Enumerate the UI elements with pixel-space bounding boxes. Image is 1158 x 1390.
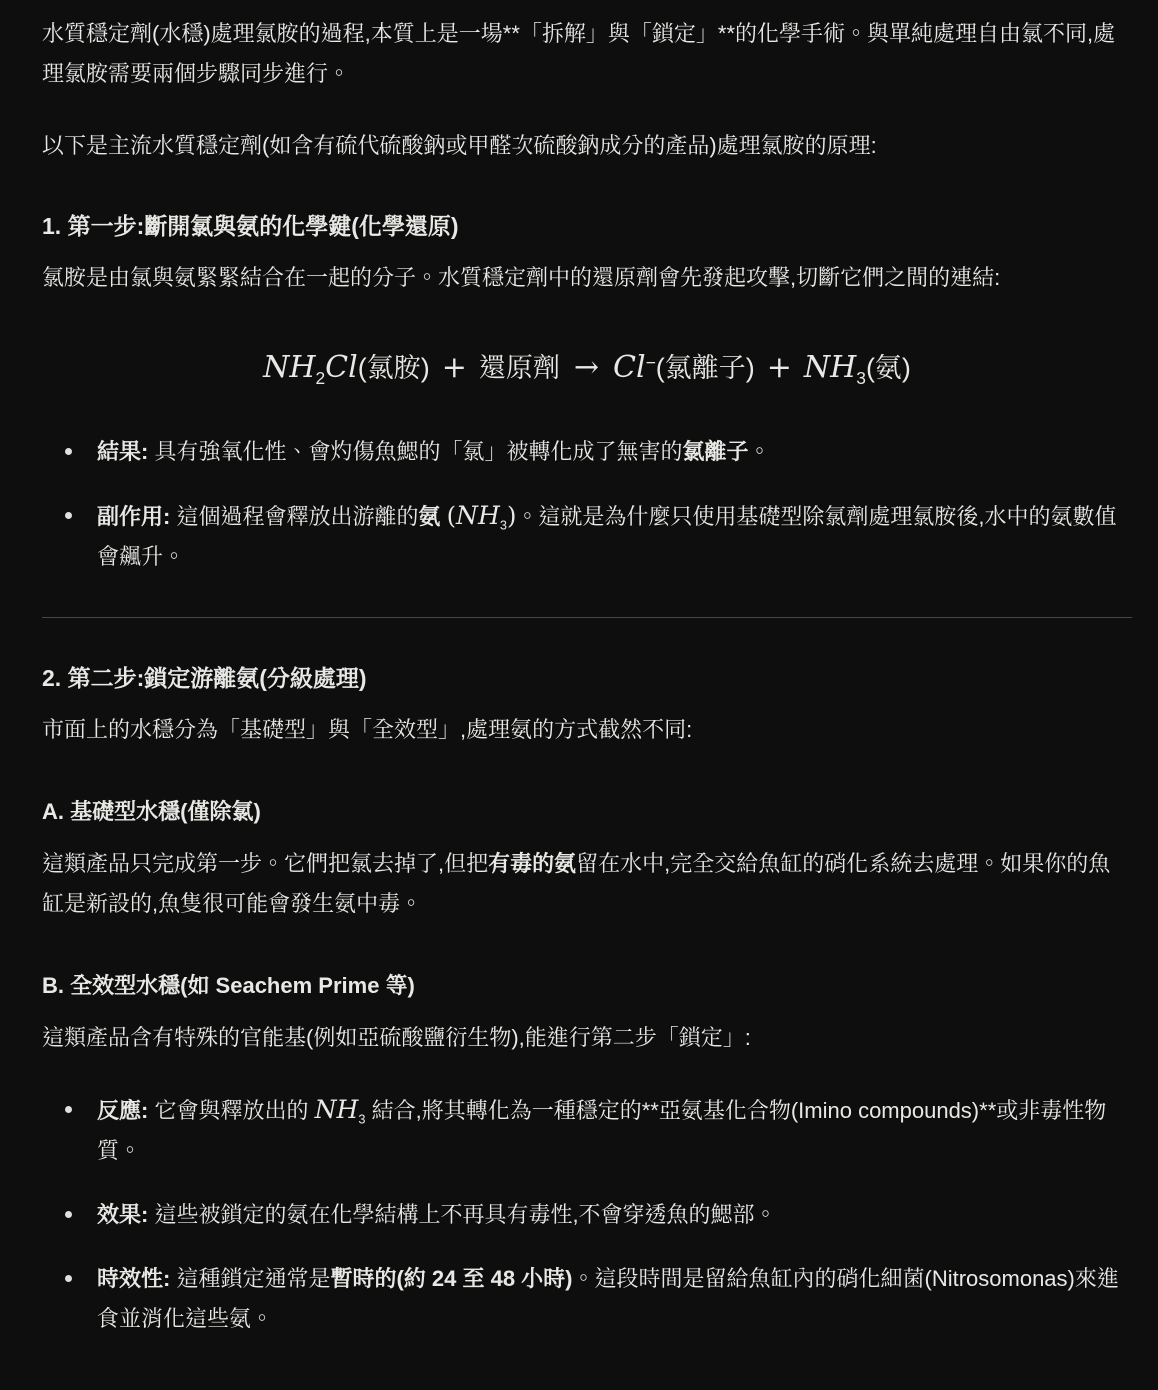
paragraph-intro: 以下是主流水質穩定劑(如含有硫代硫酸鈉或甲醛次硫酸鈉成分的產品)處理氯胺的原理: — [42, 126, 1132, 166]
list-item-reaction: 反應: 它會與釋放出的 NH3 結合,將其轉化為一種穩定的**亞氨基化合物(Im… — [42, 1090, 1132, 1171]
heading-step-2: 2. 第二步:鎖定游離氨(分級處理) — [42, 662, 1132, 694]
chemical-equation: NH2Cl(氯胺)+還原劑→Cl−(氯離子)+NH3(氨) — [42, 344, 1132, 392]
list-item-side-effect: 副作用: 這個過程會釋放出游離的氨 (NH3)。這就是為什麼只使用基礎型除氯劑處… — [42, 496, 1132, 577]
paragraph-overview: 水質穩定劑(水穩)處理氯胺的過程,本質上是一場**「拆解」與「鎖定」**的化學手… — [42, 14, 1132, 94]
bold-label: 結果: — [97, 439, 148, 464]
bold-text: 暫時的(約 24 至 48 小時) — [330, 1266, 572, 1291]
heading-type-a: A. 基礎型水穩(僅除氯) — [42, 796, 1132, 828]
math-cl-ion: Cl — [613, 350, 646, 385]
math-label-ammonia: (氨) — [866, 353, 911, 383]
paragraph-type-a-desc: 這類產品只完成第一步。它們把氯去掉了,但把有毒的氨留在水中,完全交給魚缸的硝化系… — [42, 844, 1132, 924]
bold-text: 有毒的氨 — [488, 851, 576, 876]
paragraph-step1-desc: 氯胺是由氯與氨緊緊結合在一起的分子。水質穩定劑中的還原劑會先發起攻擊,切斷它們之… — [42, 258, 1132, 298]
heading-type-b: B. 全效型水穩(如 Seachem Prime 等) — [42, 970, 1132, 1002]
math-subscript-3: 3 — [856, 368, 866, 388]
list-item-effect: 效果: 這些被鎖定的氨在化學結構上不再具有毒性,不會穿透魚的鰓部。 — [42, 1195, 1132, 1235]
heading-step-1: 1. 第一步:斷開氯與氨的化學鍵(化學還原) — [42, 210, 1132, 242]
text-run: 這個過程會釋放出游離的 — [170, 504, 418, 529]
step1-result-list: 結果: 具有強氧化性、會灼傷魚鰓的「氯」被轉化成了無害的氯離子。 副作用: 這個… — [42, 432, 1132, 577]
inline-math-nh: NH — [315, 1095, 359, 1124]
paragraph-step2-desc: 市面上的水穩分為「基礎型」與「全效型」,處理氨的方式截然不同: — [42, 710, 1132, 750]
list-item-result: 結果: 具有強氧化性、會灼傷魚鰓的「氯」被轉化成了無害的氯離子。 — [42, 432, 1132, 472]
math-nh: NH — [263, 350, 315, 385]
text-run: 這類產品只完成第一步。它們把氯去掉了,但把 — [42, 851, 488, 876]
type-b-feature-list: 反應: 它會與釋放出的 NH3 結合,將其轉化為一種穩定的**亞氨基化合物(Im… — [42, 1090, 1132, 1339]
math-label-chloramine: (氯胺) — [358, 353, 430, 383]
text-run: 這種鎖定通常是 — [170, 1266, 330, 1291]
bold-text: 氨 — [418, 504, 440, 529]
list-item-duration: 時效性: 這種鎖定通常是暫時的(約 24 至 48 小時)。這段時間是留給魚缸內… — [42, 1259, 1132, 1339]
math-label-chloride: (氯離子) — [656, 353, 755, 383]
inline-math-nh: NH — [456, 501, 500, 530]
math-subscript-2: 2 — [316, 368, 326, 388]
section-divider — [42, 617, 1132, 618]
math-close-paren: ) — [507, 502, 516, 530]
text-run: 。 — [748, 439, 770, 464]
bold-label: 效果: — [97, 1202, 148, 1227]
math-superscript-minus: − — [646, 352, 656, 372]
assistant-message: 水質穩定劑(水穩)處理氯胺的過程,本質上是一場**「拆解」與「鎖定」**的化學手… — [42, 14, 1132, 1339]
bold-text: 氯離子 — [682, 439, 748, 464]
paragraph-type-b-desc: 這類產品含有特殊的官能基(例如亞硫酸鹽衍生物),能進行第二步「鎖定」: — [42, 1018, 1132, 1058]
math-nh: NH — [804, 350, 856, 385]
math-open-paren: ( — [447, 502, 456, 530]
bold-label: 時效性: — [97, 1266, 170, 1291]
math-arrow: → — [574, 350, 599, 385]
bold-label: 副作用: — [97, 504, 170, 529]
text-run: 它會與釋放出的 — [148, 1098, 314, 1123]
text-run: 具有強氧化性、會灼傷魚鰓的「氯」被轉化成了無害的 — [148, 439, 682, 464]
math-cl: Cl — [325, 350, 358, 385]
math-label-reducer: 還原劑 — [479, 353, 560, 383]
math-plus: + — [442, 350, 467, 385]
text-run: 這些被鎖定的氨在化學結構上不再具有毒性,不會穿透魚的鰓部。 — [148, 1202, 776, 1227]
math-subscript-3: 3 — [500, 517, 507, 532]
bold-label: 反應: — [97, 1098, 148, 1123]
math-plus: + — [767, 350, 792, 385]
